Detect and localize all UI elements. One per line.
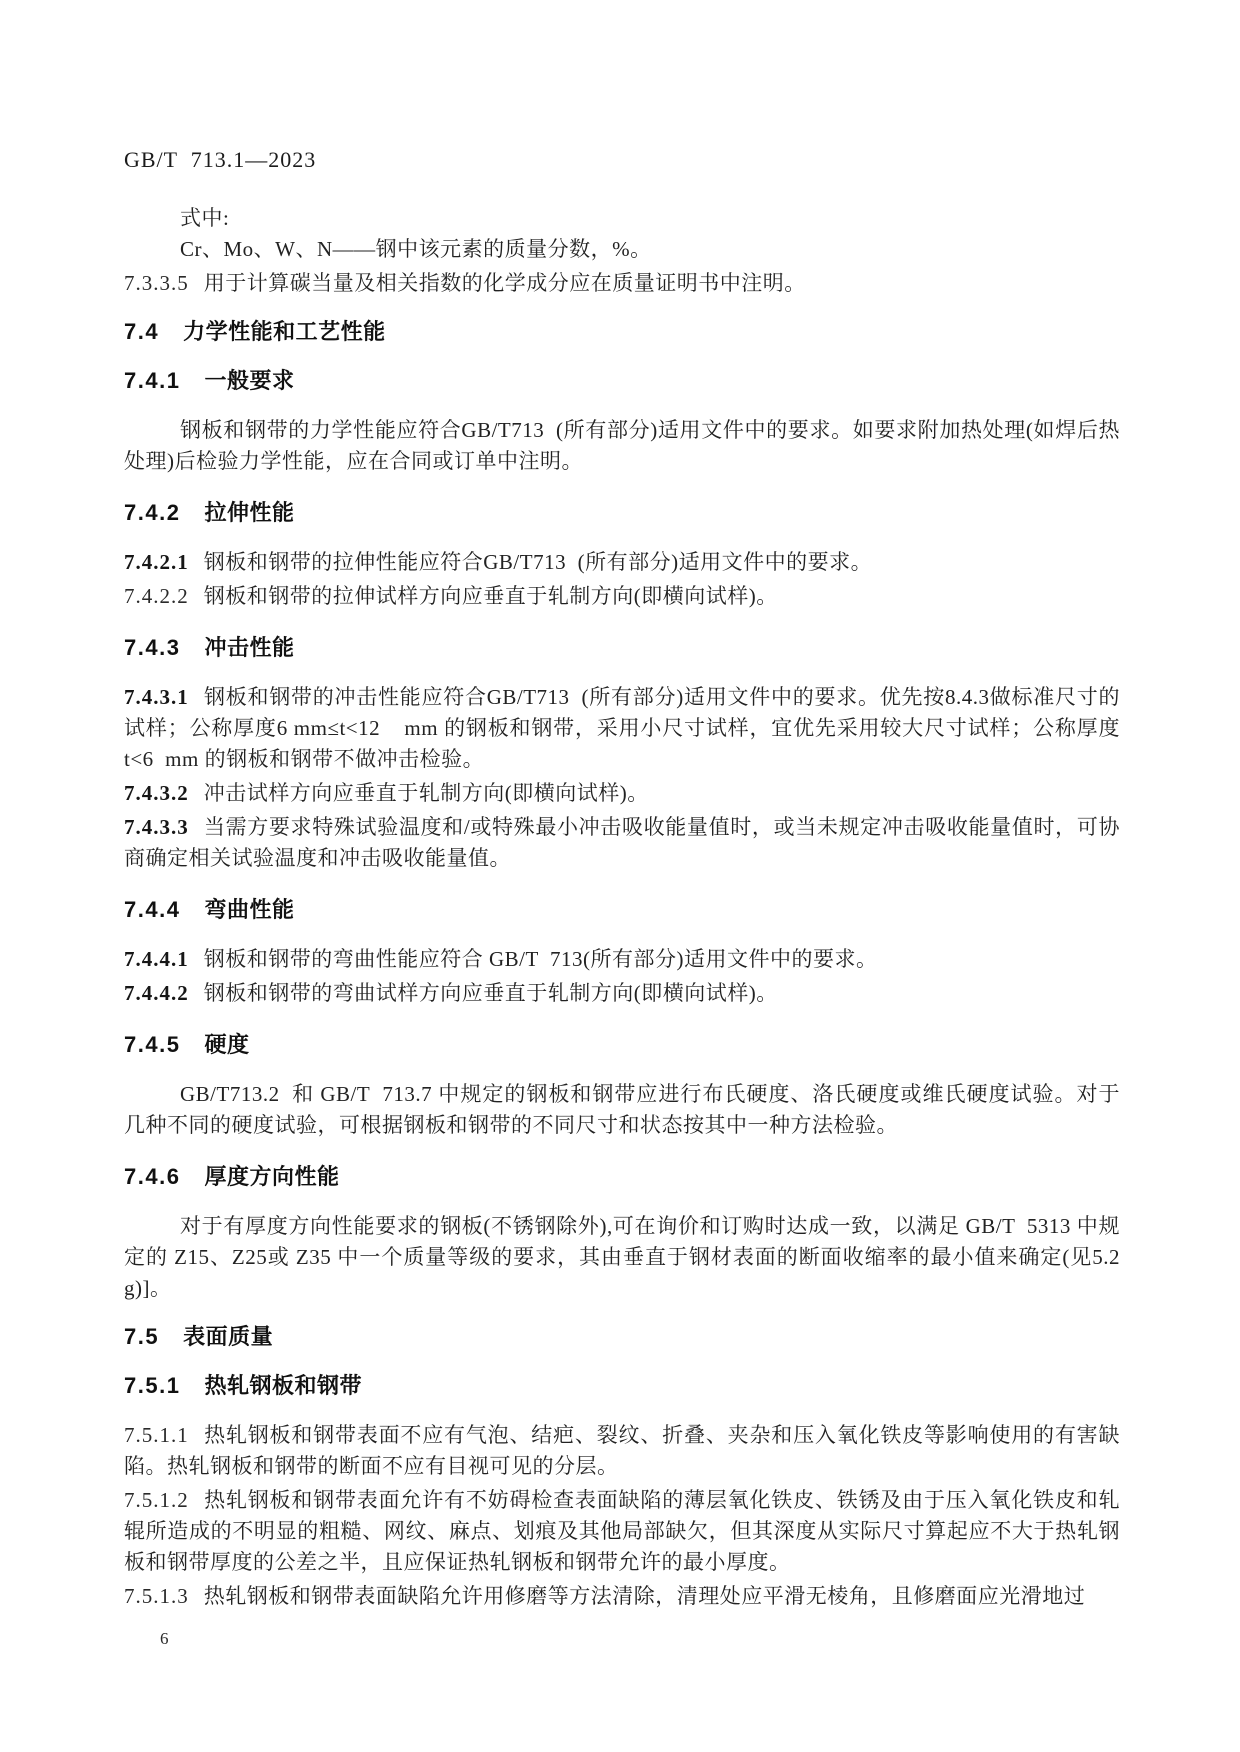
- clause-text: 当需方要求特殊试验温度和/或特殊最小冲击吸收能量值时，或当未规定冲击吸收能量值时…: [124, 815, 1120, 870]
- clause-text: 冲击试样方向应垂直于轧制方向(即横向试样)。: [204, 781, 649, 805]
- section-heading-7-4-6: 7.4.6厚度方向性能: [124, 1164, 1120, 1190]
- clause-number: 7.4.3.3: [124, 815, 189, 839]
- document-page: GB/T 713.1—2023 式中: Cr、Mo、W、N——钢中该元素的质量分…: [0, 0, 1240, 1752]
- heading-title: 冲击性能: [204, 635, 294, 660]
- clause-number: 7.5.1.3: [124, 1584, 189, 1608]
- clause-number: 7.5.1.2: [124, 1488, 189, 1512]
- paragraph-7-4-6: 对于有厚度方向性能要求的钢板(不锈钢除外),可在询价和订购时达成一致，以满足 G…: [124, 1211, 1120, 1304]
- page-content: GB/T 713.1—2023 式中: Cr、Mo、W、N——钢中该元素的质量分…: [124, 147, 1120, 1653]
- section-heading-7-5: 7.5表面质量: [124, 1324, 1120, 1350]
- clause-7-5-1-3: 7.5.1.3热轧钢板和钢带表面缺陷允许用修磨等方法清除，清理处应平滑无棱角，且…: [124, 1581, 1120, 1612]
- heading-title: 拉伸性能: [204, 500, 294, 525]
- clause-number: 7.4.4.1: [124, 947, 189, 971]
- heading-number: 7.4.5: [124, 1032, 180, 1057]
- paragraph-7-4-1: 钢板和钢带的力学性能应符合GB/T713 (所有部分)适用文件中的要求。如要求附…: [124, 415, 1120, 477]
- clause-text: 钢板和钢带的弯曲性能应符合 GB/T 713(所有部分)适用文件中的要求。: [204, 947, 878, 971]
- heading-title: 力学性能和工艺性能: [183, 319, 386, 344]
- heading-title: 热轧钢板和钢带: [204, 1373, 362, 1398]
- clause-text: 热轧钢板和钢带表面不应有气泡、结疤、裂纹、折叠、夹杂和压入氧化铁皮等影响使用的有…: [124, 1423, 1120, 1478]
- clause-7-4-2-2: 7.4.2.2钢板和钢带的拉伸试样方向应垂直于轧制方向(即横向试样)。: [124, 581, 1120, 612]
- clause-number: 7.4.3.1: [124, 685, 189, 709]
- clause-number: 7.4.3.2: [124, 781, 189, 805]
- clause-number: 7.4.2.2: [124, 584, 189, 608]
- heading-title: 表面质量: [183, 1324, 273, 1349]
- clause-7-4-3-3: 7.4.3.3当需方要求特殊试验温度和/或特殊最小冲击吸收能量值时，或当未规定冲…: [124, 812, 1120, 874]
- clause-text: 热轧钢板和钢带表面缺陷允许用修磨等方法清除，清理处应平滑无棱角，且修磨面应光滑地…: [204, 1584, 1086, 1608]
- heading-number: 7.4.3: [124, 635, 180, 660]
- clause-number: 7.4.2.1: [124, 550, 189, 574]
- clause-7-4-3-1: 7.4.3.1钢板和钢带的冲击性能应符合GB/T713 (所有部分)适用文件中的…: [124, 682, 1120, 775]
- formula-legend-line: Cr、Mo、W、N——钢中该元素的质量分数，%。: [124, 234, 1120, 265]
- heading-title: 硬度: [204, 1032, 249, 1057]
- heading-number: 7.4.6: [124, 1164, 180, 1189]
- section-heading-7-4: 7.4力学性能和工艺性能: [124, 319, 1120, 345]
- heading-number: 7.5.1: [124, 1373, 180, 1398]
- clause-number: 7.4.4.2: [124, 981, 189, 1005]
- clause-7-4-4-1: 7.4.4.1钢板和钢带的弯曲性能应符合 GB/T 713(所有部分)适用文件中…: [124, 944, 1120, 975]
- clause-text: 钢板和钢带的拉伸性能应符合GB/T713 (所有部分)适用文件中的要求。: [204, 550, 872, 574]
- clause-text: 热轧钢板和钢带表面允许有不妨碍检查表面缺陷的薄层氧化铁皮、铁锈及由于压入氧化铁皮…: [124, 1488, 1120, 1574]
- section-heading-7-4-5: 7.4.5硬度: [124, 1032, 1120, 1058]
- paragraph-7-4-5: GB/T713.2 和 GB/T 713.7 中规定的钢板和钢带应进行布氏硬度、…: [124, 1079, 1120, 1141]
- page-number: 6: [160, 1625, 1120, 1653]
- section-heading-7-5-1: 7.5.1热轧钢板和钢带: [124, 1373, 1120, 1399]
- heading-title: 厚度方向性能: [204, 1164, 339, 1189]
- section-heading-7-4-4: 7.4.4弯曲性能: [124, 897, 1120, 923]
- clause-text: 钢板和钢带的冲击性能应符合GB/T713 (所有部分)适用文件中的要求。优先按8…: [124, 685, 1120, 771]
- clause-7-5-1-2: 7.5.1.2热轧钢板和钢带表面允许有不妨碍检查表面缺陷的薄层氧化铁皮、铁锈及由…: [124, 1485, 1120, 1578]
- clause-7-3-3-5: 7.3.3.5用于计算碳当量及相关指数的化学成分应在质量证明书中注明。: [124, 268, 1120, 299]
- clause-number: 7.3.3.5: [124, 271, 189, 295]
- clause-7-4-4-2: 7.4.4.2钢板和钢带的弯曲试样方向应垂直于轧制方向(即横向试样)。: [124, 978, 1120, 1009]
- heading-number: 7.4.4: [124, 897, 180, 922]
- section-heading-7-4-2: 7.4.2拉伸性能: [124, 500, 1120, 526]
- formula-intro-line: 式中:: [124, 203, 1120, 234]
- section-heading-7-4-3: 7.4.3冲击性能: [124, 635, 1120, 661]
- heading-number: 7.5: [124, 1324, 159, 1349]
- section-heading-7-4-1: 7.4.1一般要求: [124, 368, 1120, 394]
- heading-title: 弯曲性能: [204, 897, 294, 922]
- clause-7-4-2-1: 7.4.2.1钢板和钢带的拉伸性能应符合GB/T713 (所有部分)适用文件中的…: [124, 547, 1120, 578]
- heading-number: 7.4.2: [124, 500, 180, 525]
- clause-text: 钢板和钢带的弯曲试样方向应垂直于轧制方向(即横向试样)。: [204, 981, 778, 1005]
- clause-number: 7.5.1.1: [124, 1423, 189, 1447]
- heading-number: 7.4: [124, 319, 159, 344]
- clause-text: 用于计算碳当量及相关指数的化学成分应在质量证明书中注明。: [204, 271, 806, 295]
- running-header: GB/T 713.1—2023: [124, 147, 1120, 173]
- heading-title: 一般要求: [204, 368, 294, 393]
- clause-7-5-1-1: 7.5.1.1热轧钢板和钢带表面不应有气泡、结疤、裂纹、折叠、夹杂和压入氧化铁皮…: [124, 1420, 1120, 1482]
- heading-number: 7.4.1: [124, 368, 180, 393]
- clause-7-4-3-2: 7.4.3.2冲击试样方向应垂直于轧制方向(即横向试样)。: [124, 778, 1120, 809]
- clause-text: 钢板和钢带的拉伸试样方向应垂直于轧制方向(即横向试样)。: [204, 584, 778, 608]
